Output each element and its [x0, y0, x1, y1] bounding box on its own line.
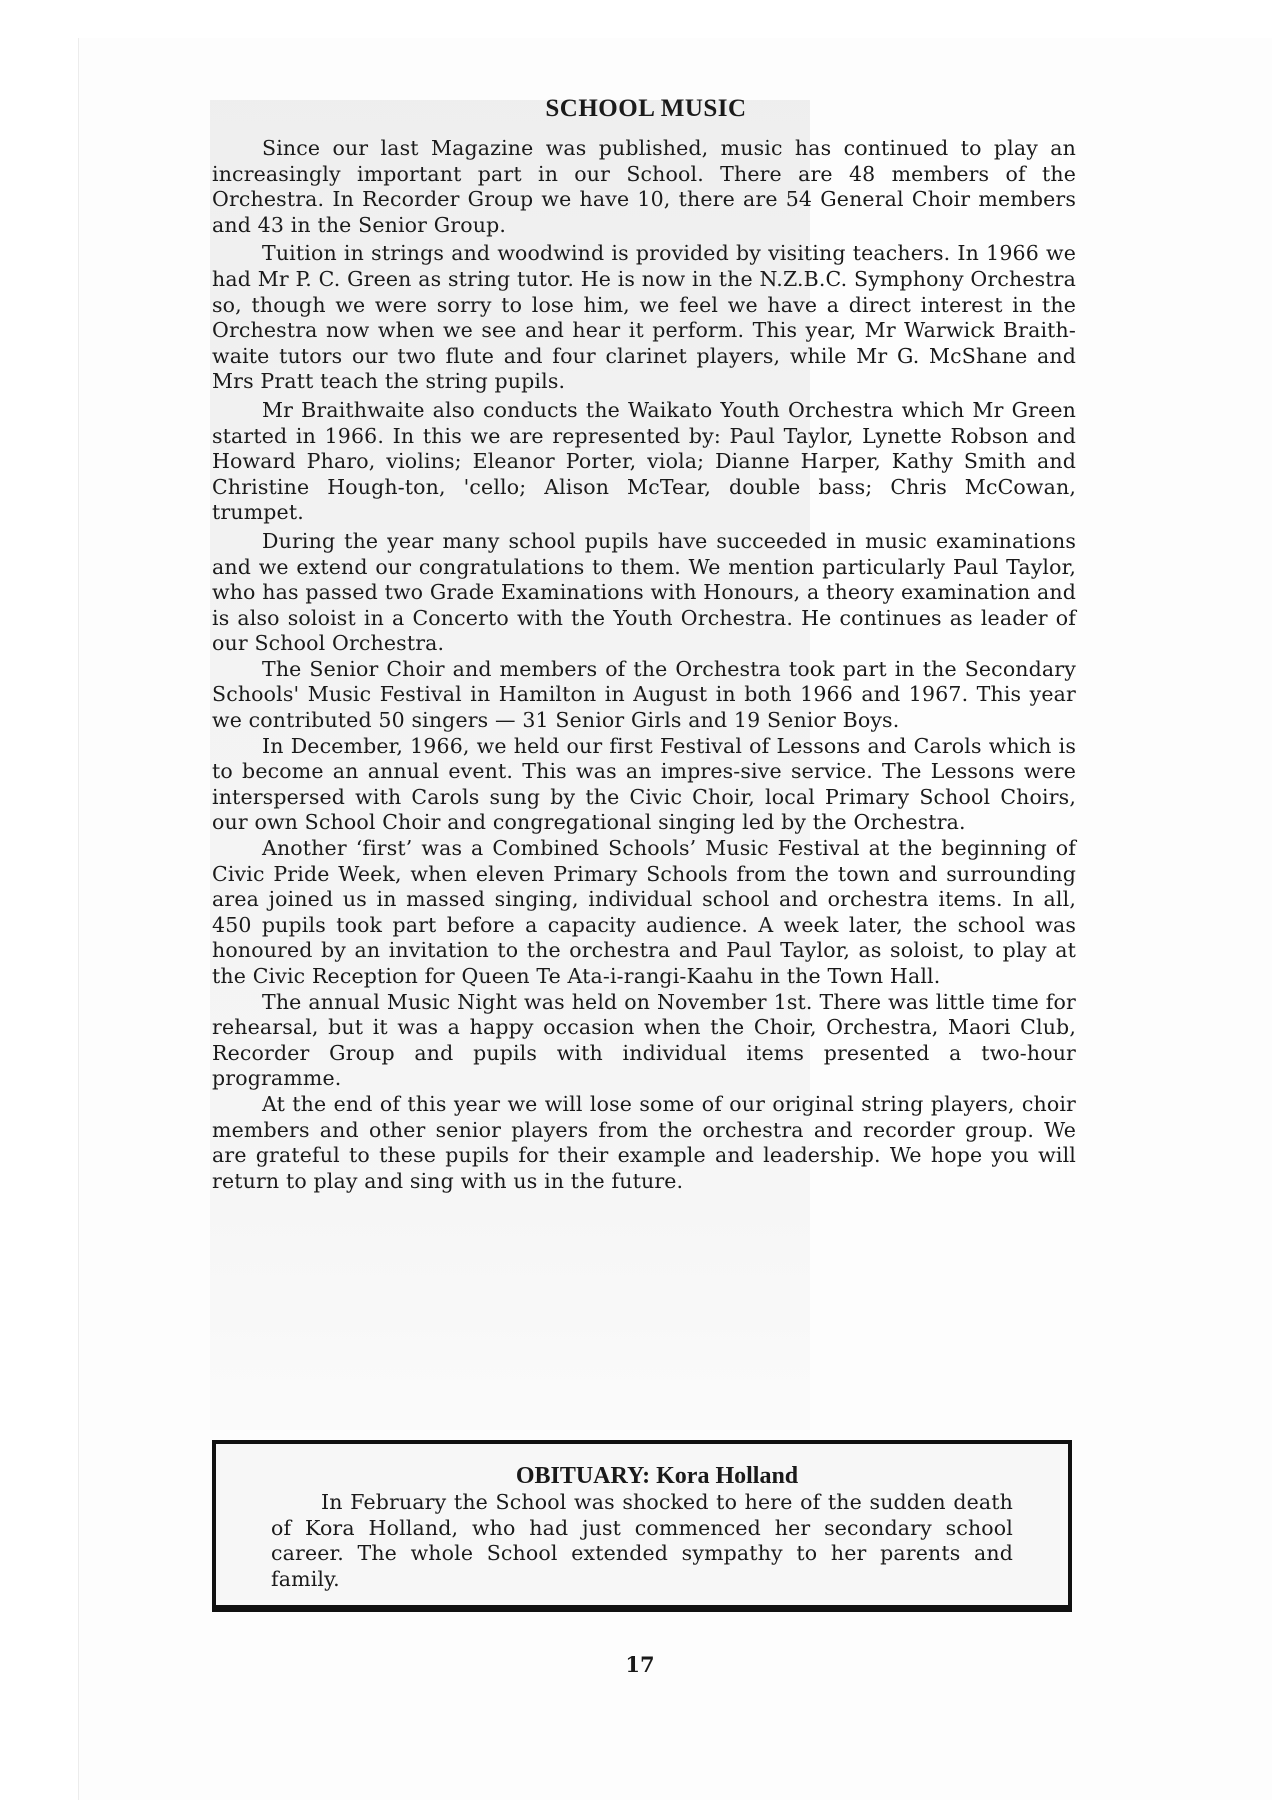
paragraph-combined-schools: Another ‘first’ was a Combined Schools’ …: [212, 836, 1076, 990]
paragraph-tuition: Tuition in strings and woodwind is provi…: [212, 241, 1076, 395]
obituary-body: In February the School was shocked to he…: [271, 1490, 1013, 1592]
page-number: 17: [0, 1652, 1272, 1677]
paragraph-music-festival: The Senior Choir and members of the Orch…: [212, 657, 1076, 734]
paragraph-music-night: The annual Music Night was held on Novem…: [212, 990, 1076, 1092]
paragraph-farewell: At the end of this year we will lose som…: [212, 1092, 1076, 1194]
obituary-box: OBITUARY: Kora Holland In February the S…: [212, 1440, 1072, 1612]
paragraph-youth-orchestra: Mr Braithwaite also conducts the Waikato…: [212, 398, 1076, 526]
article-school-music: SCHOOL MUSIC Since our last Magazine was…: [212, 94, 1076, 1194]
obituary-title: OBITUARY: Kora Holland: [216, 1462, 1068, 1490]
paragraph-examinations: During the year many school pupils have …: [212, 529, 1076, 657]
paragraph-lessons-carols: In December, 1966, we held our first Fes…: [212, 734, 1076, 836]
article-title: SCHOOL MUSIC: [212, 94, 1076, 124]
paragraph-membership: Since our last Magazine was published, m…: [212, 136, 1076, 238]
